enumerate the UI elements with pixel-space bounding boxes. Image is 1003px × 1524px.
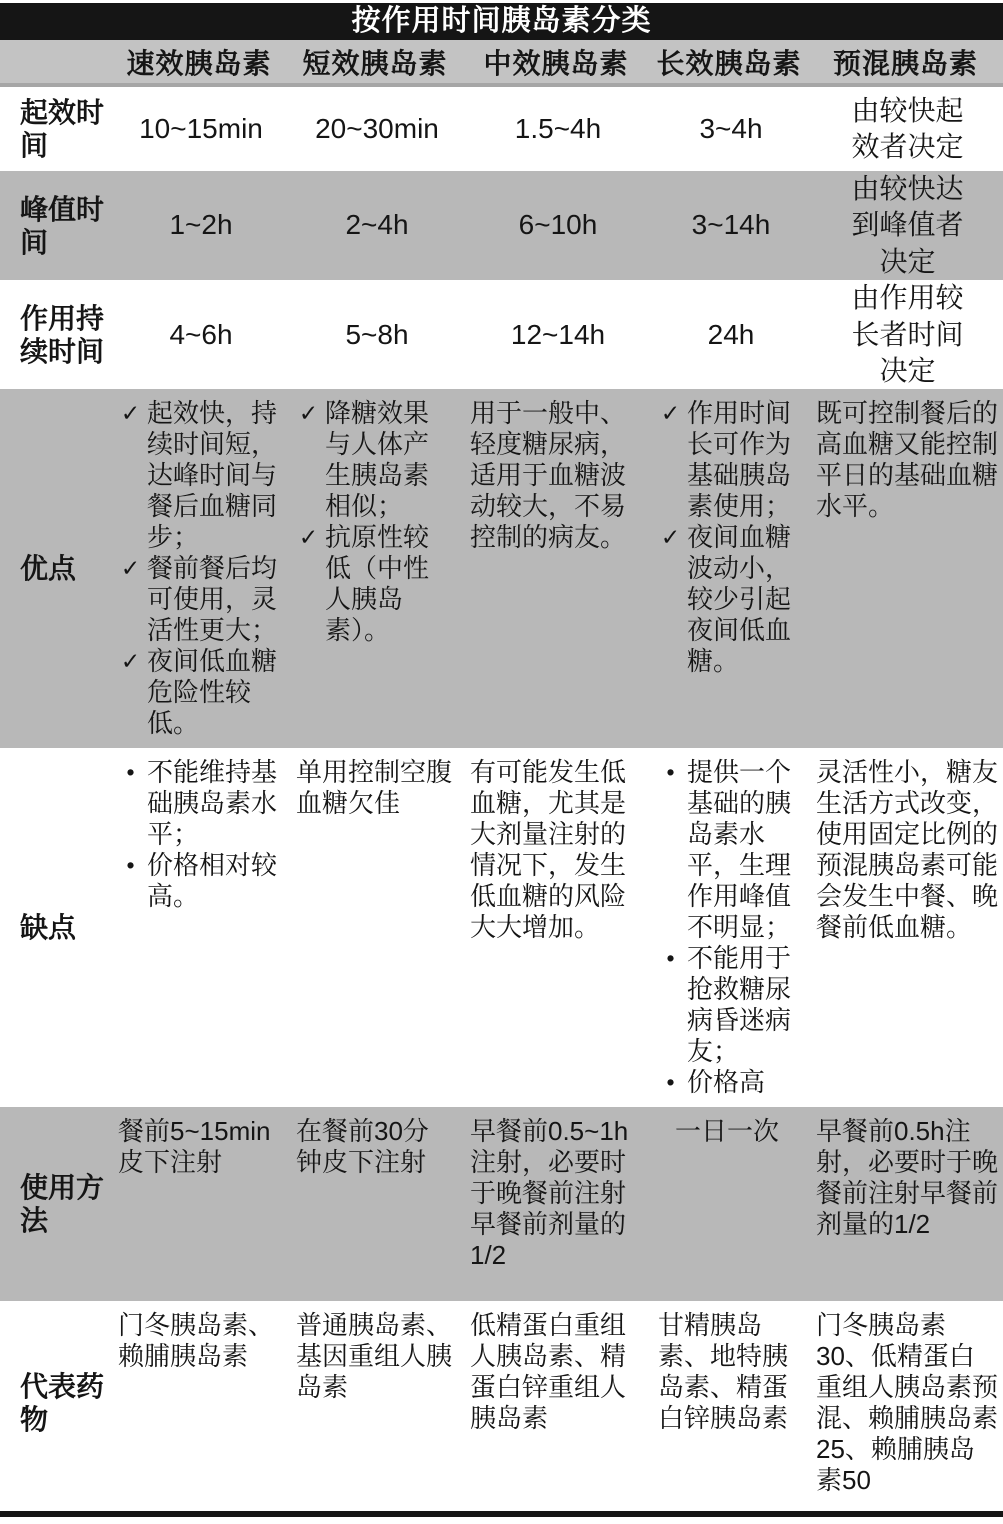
list-item: ✓抗原性较低（中性人胰岛素）。 xyxy=(292,522,454,646)
list-item: ✓餐前餐后均可使用，灵活性更大； xyxy=(114,553,280,646)
row-advantages: 优点✓起效快，持续时间短，达峰时间与餐后血糖同步；✓餐前餐后均可使用，灵活性更大… xyxy=(0,389,1003,748)
cell-usage-col2: 早餐前0.5~1h注射，必要时于晚餐前注射早餐前剂量的1/2 xyxy=(462,1107,650,1301)
cell-text: 在餐前30分钟皮下注射 xyxy=(292,1116,454,1178)
cell-text: 低精蛋白重组人胰岛素、精蛋白锌重组人胰岛素 xyxy=(466,1310,642,1434)
cell-text: 早餐前0.5~1h注射，必要时于晚餐前注射早餐前剂量的1/2 xyxy=(466,1116,642,1271)
cell-duration-col1: 5~8h xyxy=(288,280,462,389)
cell-peak-col0: 1~2h xyxy=(110,171,288,280)
bullet-icon: • xyxy=(654,1067,687,1098)
cell-duration-col4: 由作用较长者时间决定 xyxy=(808,280,1003,389)
cell-text: 早餐前0.5h注射，必要时于晚餐前注射早餐前剂量的1/2 xyxy=(812,1116,999,1240)
cell-disadvantages-col2: 有可能发生低血糖，尤其是大剂量注射的情况下，发生低血糖的风险大大增加。 xyxy=(462,748,650,1107)
cell-usage-col0: 餐前5~15min皮下注射 xyxy=(110,1107,288,1301)
row-label-advantages: 优点 xyxy=(0,389,110,748)
row-label-drugs: 代表药物 xyxy=(0,1301,110,1505)
column-header-long-acting: 长效胰岛素 xyxy=(650,40,808,83)
cell-text: 门冬胰岛素、赖脯胰岛素 xyxy=(114,1310,280,1372)
row-label-duration: 作用持续时间 xyxy=(0,280,110,389)
row-label-onset: 起效时间 xyxy=(0,87,110,171)
cell-text: 由较快起效者决定 xyxy=(834,93,977,166)
cell-text: 4~6h xyxy=(165,317,232,353)
list-item-text: 降糖效果与人体产生胰岛素相似； xyxy=(325,398,454,522)
list-item-text: 餐前餐后均可使用，灵活性更大； xyxy=(147,553,280,646)
list-item-text: 价格相对较高。 xyxy=(147,850,280,912)
cell-drugs-col1: 普通胰岛素、基因重组人胰岛素 xyxy=(288,1301,462,1505)
bullet-icon: • xyxy=(654,943,687,974)
cell-text: 3~4h xyxy=(695,111,762,147)
cell-disadvantages-col1: 单用控制空腹血糖欠佳 xyxy=(288,748,462,1107)
cell-text: 由作用较长者时间决定 xyxy=(834,280,977,389)
cell-duration-col0: 4~6h xyxy=(110,280,288,389)
row-label-peak: 峰值时间 xyxy=(0,171,110,280)
column-header-rapid-acting: 速效胰岛素 xyxy=(110,40,288,83)
cell-advantages-col2: 用于一般中、轻度糖尿病，适用于血糖波动较大，不易控制的病友。 xyxy=(462,389,650,748)
cell-text: 1.5~4h xyxy=(511,111,601,147)
cell-peak-col4: 由较快达到峰值者决定 xyxy=(808,171,1003,280)
cell-drugs-col0: 门冬胰岛素、赖脯胰岛素 xyxy=(110,1301,288,1505)
check-icon: ✓ xyxy=(654,522,687,553)
bullet-icon: • xyxy=(114,757,147,788)
check-icon: ✓ xyxy=(654,398,687,429)
list-item: ✓作用时间长可作为基础胰岛素使用； xyxy=(654,398,800,522)
row-usage: 使用方法餐前5~15min皮下注射在餐前30分钟皮下注射早餐前0.5~1h注射，… xyxy=(0,1107,1003,1301)
list-item: •不能维持基础胰岛素水平； xyxy=(114,757,280,850)
cell-text: 单用控制空腹血糖欠佳 xyxy=(292,757,454,819)
list-item-text: 夜间低血糖危险性较低。 xyxy=(147,646,280,739)
cell-disadvantages-col4: 灵活性小，糖友生活方式改变，使用固定比例的预混胰岛素可能会发生中餐、晚餐前低血糖… xyxy=(808,748,1003,1107)
list-item-text: 起效快，持续时间短，达峰时间与餐后血糖同步； xyxy=(147,398,280,553)
bullet-icon: • xyxy=(114,850,147,881)
cell-text: 24h xyxy=(704,317,755,353)
cell-duration-col3: 24h xyxy=(650,280,808,389)
cell-duration-col2: 12~14h xyxy=(462,280,650,389)
cell-text: 灵活性小，糖友生活方式改变，使用固定比例的预混胰岛素可能会发生中餐、晚餐前低血糖… xyxy=(812,757,999,943)
cell-text: 10~15min xyxy=(135,111,263,147)
cell-text: 门冬胰岛素30、低精蛋白重组人胰岛素预混、赖脯胰岛素25、赖脯胰岛素50 xyxy=(812,1310,999,1496)
row-disadvantages: 缺点•不能维持基础胰岛素水平；•价格相对较高。单用控制空腹血糖欠佳有可能发生低血… xyxy=(0,748,1003,1107)
cell-drugs-col3: 甘精胰岛素、地特胰岛素、精蛋白锌胰岛素 xyxy=(650,1301,808,1505)
list-item: ✓起效快，持续时间短，达峰时间与餐后血糖同步； xyxy=(114,398,280,553)
cell-text: 餐前5~15min皮下注射 xyxy=(114,1116,280,1178)
table-title: 按作用时间胰岛素分类 xyxy=(0,3,1003,40)
cell-text: 有可能发生低血糖，尤其是大剂量注射的情况下，发生低血糖的风险大大增加。 xyxy=(466,757,642,943)
cell-text: 一日一次 xyxy=(654,1116,800,1147)
list-item-text: 抗原性较低（中性人胰岛素）。 xyxy=(325,522,454,646)
list-item: ✓夜间低血糖危险性较低。 xyxy=(114,646,280,739)
list-item: •提供一个基础的胰岛素水平，生理作用峰值不明显； xyxy=(654,757,800,943)
header-row: 速效胰岛素 短效胰岛素 中效胰岛素 长效胰岛素 预混胰岛素 xyxy=(0,40,1003,87)
list-item: •价格高 xyxy=(654,1067,800,1098)
row-drugs: 代表药物门冬胰岛素、赖脯胰岛素普通胰岛素、基因重组人胰岛素低精蛋白重组人胰岛素、… xyxy=(0,1301,1003,1505)
row-label-usage: 使用方法 xyxy=(0,1107,110,1301)
list-item-text: 夜间血糖波动小，较少引起夜间低血糖。 xyxy=(687,522,800,677)
cell-text: 甘精胰岛素、地特胰岛素、精蛋白锌胰岛素 xyxy=(654,1310,800,1434)
cell-onset-col4: 由较快起效者决定 xyxy=(808,87,1003,171)
list-item: ✓夜间血糖波动小，较少引起夜间低血糖。 xyxy=(654,522,800,677)
cell-onset-col0: 10~15min xyxy=(110,87,288,171)
cell-text: 5~8h xyxy=(341,317,408,353)
cell-drugs-col4: 门冬胰岛素30、低精蛋白重组人胰岛素预混、赖脯胰岛素25、赖脯胰岛素50 xyxy=(808,1301,1003,1505)
list-item: •价格相对较高。 xyxy=(114,850,280,912)
cell-text: 既可控制餐后的高血糖又能控制平日的基础血糖水平。 xyxy=(812,398,999,522)
list-item-text: 不能用于抢救糖尿病昏迷病友； xyxy=(687,943,800,1067)
table-body: 起效时间10~15min20~30min1.5~4h3~4h由较快起效者决定峰值… xyxy=(0,87,1003,1505)
bottom-padding xyxy=(0,1517,1003,1524)
list-item-text: 不能维持基础胰岛素水平； xyxy=(147,757,280,850)
cell-advantages-col3: ✓作用时间长可作为基础胰岛素使用；✓夜间血糖波动小，较少引起夜间低血糖。 xyxy=(650,389,808,748)
cell-text: 1~2h xyxy=(165,207,232,243)
bullet-icon: • xyxy=(654,757,687,788)
cell-advantages-col4: 既可控制餐后的高血糖又能控制平日的基础血糖水平。 xyxy=(808,389,1003,748)
cell-text: 3~14h xyxy=(688,207,771,243)
cell-peak-col2: 6~10h xyxy=(462,171,650,280)
column-header-short-acting: 短效胰岛素 xyxy=(288,40,462,83)
row-peak: 峰值时间1~2h2~4h6~10h3~14h由较快达到峰值者决定 xyxy=(0,171,1003,280)
cell-text: 20~30min xyxy=(311,111,439,147)
cell-text: 6~10h xyxy=(515,207,598,243)
column-header-intermediate-acting: 中效胰岛素 xyxy=(462,40,650,83)
cell-drugs-col2: 低精蛋白重组人胰岛素、精蛋白锌重组人胰岛素 xyxy=(462,1301,650,1505)
cell-peak-col1: 2~4h xyxy=(288,171,462,280)
cell-advantages-col1: ✓降糖效果与人体产生胰岛素相似；✓抗原性较低（中性人胰岛素）。 xyxy=(288,389,462,748)
check-icon: ✓ xyxy=(292,398,325,429)
list-item: •不能用于抢救糖尿病昏迷病友； xyxy=(654,943,800,1067)
row-duration: 作用持续时间4~6h5~8h12~14h24h由作用较长者时间决定 xyxy=(0,280,1003,389)
row-label-disadvantages: 缺点 xyxy=(0,748,110,1107)
cell-usage-col3: 一日一次 xyxy=(650,1107,808,1301)
cell-usage-col4: 早餐前0.5h注射，必要时于晚餐前注射早餐前剂量的1/2 xyxy=(808,1107,1003,1301)
check-icon: ✓ xyxy=(114,553,147,584)
cell-text: 普通胰岛素、基因重组人胰岛素 xyxy=(292,1310,454,1403)
cell-peak-col3: 3~14h xyxy=(650,171,808,280)
cell-disadvantages-col3: •提供一个基础的胰岛素水平，生理作用峰值不明显；•不能用于抢救糖尿病昏迷病友；•… xyxy=(650,748,808,1107)
cell-onset-col3: 3~4h xyxy=(650,87,808,171)
list-item-text: 价格高 xyxy=(687,1067,800,1098)
cell-usage-col1: 在餐前30分钟皮下注射 xyxy=(288,1107,462,1301)
header-corner-cell xyxy=(0,40,110,83)
cell-onset-col2: 1.5~4h xyxy=(462,87,650,171)
cell-disadvantages-col0: •不能维持基础胰岛素水平；•价格相对较高。 xyxy=(110,748,288,1107)
list-item: ✓降糖效果与人体产生胰岛素相似； xyxy=(292,398,454,522)
check-icon: ✓ xyxy=(114,646,147,677)
cell-text: 12~14h xyxy=(507,317,605,353)
row-onset: 起效时间10~15min20~30min1.5~4h3~4h由较快起效者决定 xyxy=(0,87,1003,171)
cell-onset-col1: 20~30min xyxy=(288,87,462,171)
cell-text: 用于一般中、轻度糖尿病，适用于血糖波动较大，不易控制的病友。 xyxy=(466,398,642,553)
column-header-premixed: 预混胰岛素 xyxy=(808,40,1003,83)
check-icon: ✓ xyxy=(292,522,325,553)
cell-text: 2~4h xyxy=(341,207,408,243)
list-item-text: 提供一个基础的胰岛素水平，生理作用峰值不明显； xyxy=(687,757,800,943)
check-icon: ✓ xyxy=(114,398,147,429)
insulin-classification-table: 按作用时间胰岛素分类 速效胰岛素 短效胰岛素 中效胰岛素 长效胰岛素 预混胰岛素… xyxy=(0,0,1003,1524)
cell-text: 由较快达到峰值者决定 xyxy=(834,171,977,280)
cell-advantages-col0: ✓起效快，持续时间短，达峰时间与餐后血糖同步；✓餐前餐后均可使用，灵活性更大；✓… xyxy=(110,389,288,748)
list-item-text: 作用时间长可作为基础胰岛素使用； xyxy=(687,398,800,522)
